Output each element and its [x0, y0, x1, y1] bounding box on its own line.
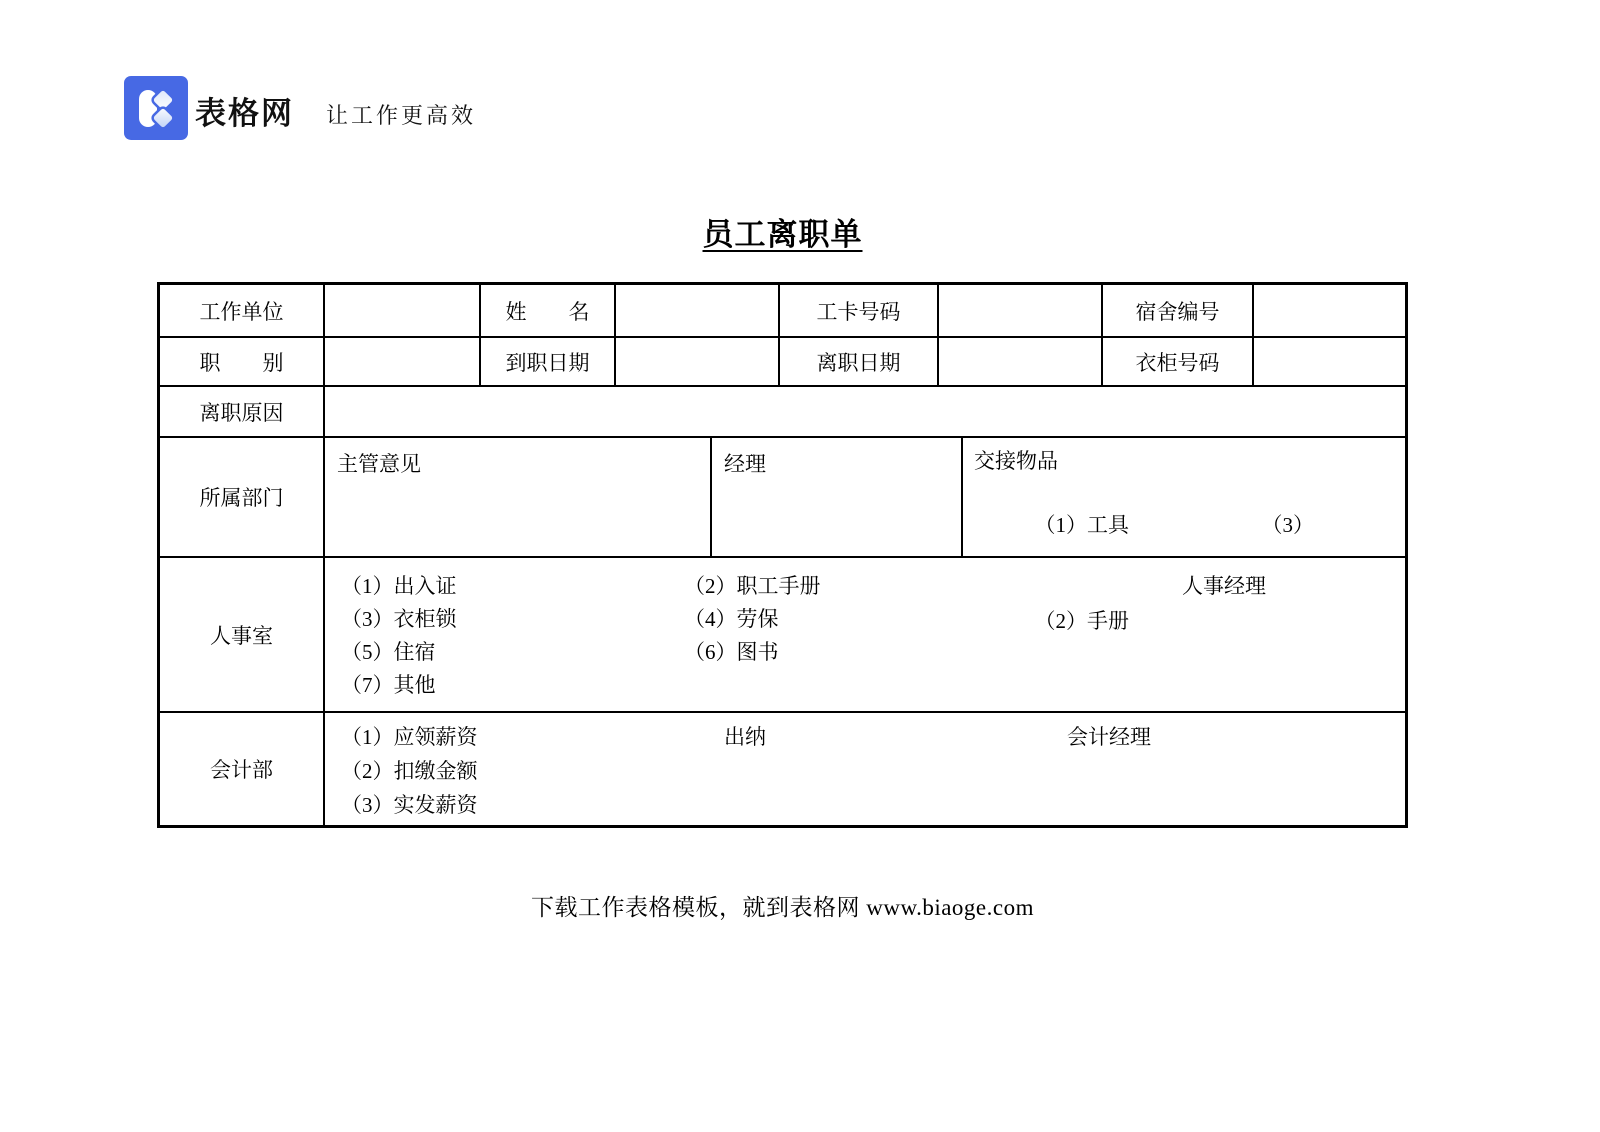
hr-item-other: （7）其他	[341, 669, 684, 699]
acct-item-payable-salary: （1）应领薪资	[341, 721, 724, 751]
field-value-leave-date	[937, 338, 1101, 385]
field-value-badge-number	[937, 285, 1101, 336]
cell-hr-checklist: （1）出入证（2）职工手册人事经理 （3）衣柜锁（4）劳保 （5）住宿（6）图书…	[323, 558, 1405, 711]
cell-manager-sign: 经理	[710, 438, 961, 556]
table-row: 工作单位 姓 名 工卡号码 宿舍编号	[160, 285, 1405, 336]
checklist-line: （1）应领薪资出纳会计经理	[325, 719, 1405, 753]
checklist-line: （5）住宿（6）图书	[325, 634, 1405, 667]
field-label-leave-reason: 离职原因	[160, 387, 323, 436]
page-title: 员工离职单	[160, 209, 1405, 254]
hr-item-pass: （1）出入证	[341, 570, 684, 600]
hr-manager-sign: 人事经理	[1182, 570, 1266, 600]
field-label-name: 姓 名	[479, 285, 614, 336]
field-label-dorm-number: 宿舍编号	[1101, 285, 1252, 336]
table-row: 所属部门 主管意见 经理 交接物品 （1）工具（3） （2）手册	[160, 436, 1405, 556]
section-label-accounting: 会计部	[160, 713, 323, 825]
table-row: 职 别 到职日期 离职日期 衣柜号码	[160, 336, 1405, 385]
acct-manager-sign: 会计经理	[1067, 721, 1151, 751]
checklist-line: （2）扣缴金额	[325, 753, 1405, 787]
brand-name: 表格网	[195, 88, 294, 133]
table-row: 人事室 （1）出入证（2）职工手册人事经理 （3）衣柜锁（4）劳保 （5）住宿（…	[160, 556, 1405, 711]
field-label-badge-number: 工卡号码	[778, 285, 937, 336]
field-value-locker-number	[1252, 338, 1405, 385]
table-row: 会计部 （1）应领薪资出纳会计经理 （2）扣缴金额 （3）实发薪资	[160, 711, 1405, 825]
hr-item-staff-manual: （2）职工手册	[684, 570, 1182, 600]
acct-item-net-salary: （3）实发薪资	[341, 789, 724, 819]
field-value-name	[614, 285, 778, 336]
field-value-position	[323, 338, 479, 385]
checklist-line: （3）衣柜锁（4）劳保	[325, 601, 1405, 634]
field-label-locker-number: 衣柜号码	[1101, 338, 1252, 385]
handover-item-3: （3）	[1262, 513, 1315, 537]
field-label-position: 职 别	[160, 338, 323, 385]
field-label-hire-date: 到职日期	[479, 338, 614, 385]
cell-supervisor-opinion: 主管意见	[323, 438, 710, 556]
biaoge-logo-icon	[124, 76, 188, 140]
handover-title: 交接物品	[974, 445, 1405, 477]
acct-item-deduction: （2）扣缴金额	[341, 755, 724, 785]
checklist-line: （3）实发薪资	[325, 787, 1405, 821]
field-value-work-unit	[323, 285, 479, 336]
acct-cashier-sign: 出纳	[724, 721, 1067, 751]
cell-handover-items: 交接物品 （1）工具（3） （2）手册	[961, 438, 1405, 556]
field-label-leave-date: 离职日期	[778, 338, 937, 385]
hr-item-books: （6）图书	[684, 636, 1182, 666]
footer-download-note: 下载工作表格模板，就到表格网 www.biaoge.com	[160, 889, 1405, 922]
hr-item-locker-lock: （3）衣柜锁	[341, 603, 684, 633]
field-value-dorm-number	[1252, 285, 1405, 336]
field-label-work-unit: 工作单位	[160, 285, 323, 336]
handover-item-tools: （1）工具	[1035, 509, 1262, 541]
field-value-leave-reason	[323, 387, 1405, 436]
hr-item-labor-protection: （4）劳保	[684, 603, 1182, 633]
cell-accounting-checklist: （1）应领薪资出纳会计经理 （2）扣缴金额 （3）实发薪资	[323, 713, 1405, 825]
checklist-line: （1）出入证（2）职工手册人事经理	[325, 568, 1405, 601]
table-row: 离职原因	[160, 385, 1405, 436]
section-label-hr-office: 人事室	[160, 558, 323, 711]
brand-slogan: 让工作更高效	[326, 99, 476, 130]
checklist-line: （7）其他	[325, 667, 1405, 700]
field-value-hire-date	[614, 338, 778, 385]
section-label-department: 所属部门	[160, 438, 323, 556]
hr-item-lodging: （5）住宿	[341, 636, 684, 666]
resignation-form-table: 工作单位 姓 名 工卡号码 宿舍编号 职 别 到职日期 离职日期 衣柜号码 离职…	[157, 282, 1408, 828]
